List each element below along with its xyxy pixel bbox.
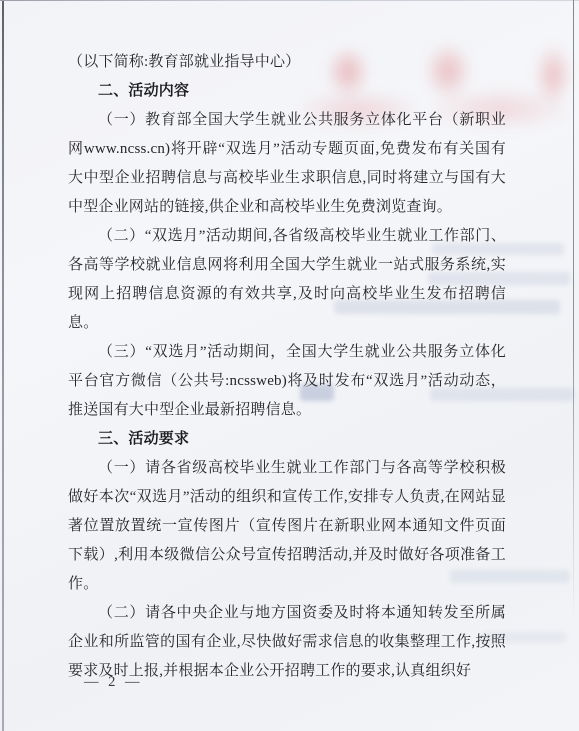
scanned-document-page: （以下简称:教育部就业指导中心） 二、活动内容 （一）教育部全国大学生就业公共服… bbox=[0, 0, 579, 731]
paragraph-3-1: （一）请各省级高校毕业生就业工作部门与各高等学校积极做好本次“双选月”活动的组织… bbox=[68, 454, 506, 599]
scan-top-edge bbox=[0, 0, 579, 1]
scan-right-edge bbox=[573, 0, 574, 620]
scan-left-edge bbox=[2, 0, 4, 731]
bleedthrough-red-artifact bbox=[534, 44, 572, 106]
paragraph-2-2: （二）“双选月”活动期间,各省级高校毕业生就业工作部门、各高等学校就业信息网将利… bbox=[68, 222, 506, 338]
paragraph-2-1: （一）教育部全国大学生就业公共服务立体化平台（新职业网www.ncss.cn)将… bbox=[68, 106, 506, 222]
section-3-heading: 三、活动要求 bbox=[68, 425, 506, 454]
section-2-heading: 二、活动内容 bbox=[68, 77, 506, 106]
paragraph-2-3: （三）“双选月”活动期间，全国大学生就业公共服务立体化平台官方微信（公共号:nc… bbox=[68, 338, 506, 425]
document-body: （以下简称:教育部就业指导中心） 二、活动内容 （一）教育部全国大学生就业公共服… bbox=[68, 48, 506, 686]
page-number: — 2 — bbox=[84, 674, 143, 691]
intro-continuation-line: （以下简称:教育部就业指导中心） bbox=[68, 48, 506, 77]
paragraph-3-2: （二）请各中央企业与地方国资委及时将本通知转发至所属企业和所监管的国有企业,尽快… bbox=[68, 599, 506, 686]
